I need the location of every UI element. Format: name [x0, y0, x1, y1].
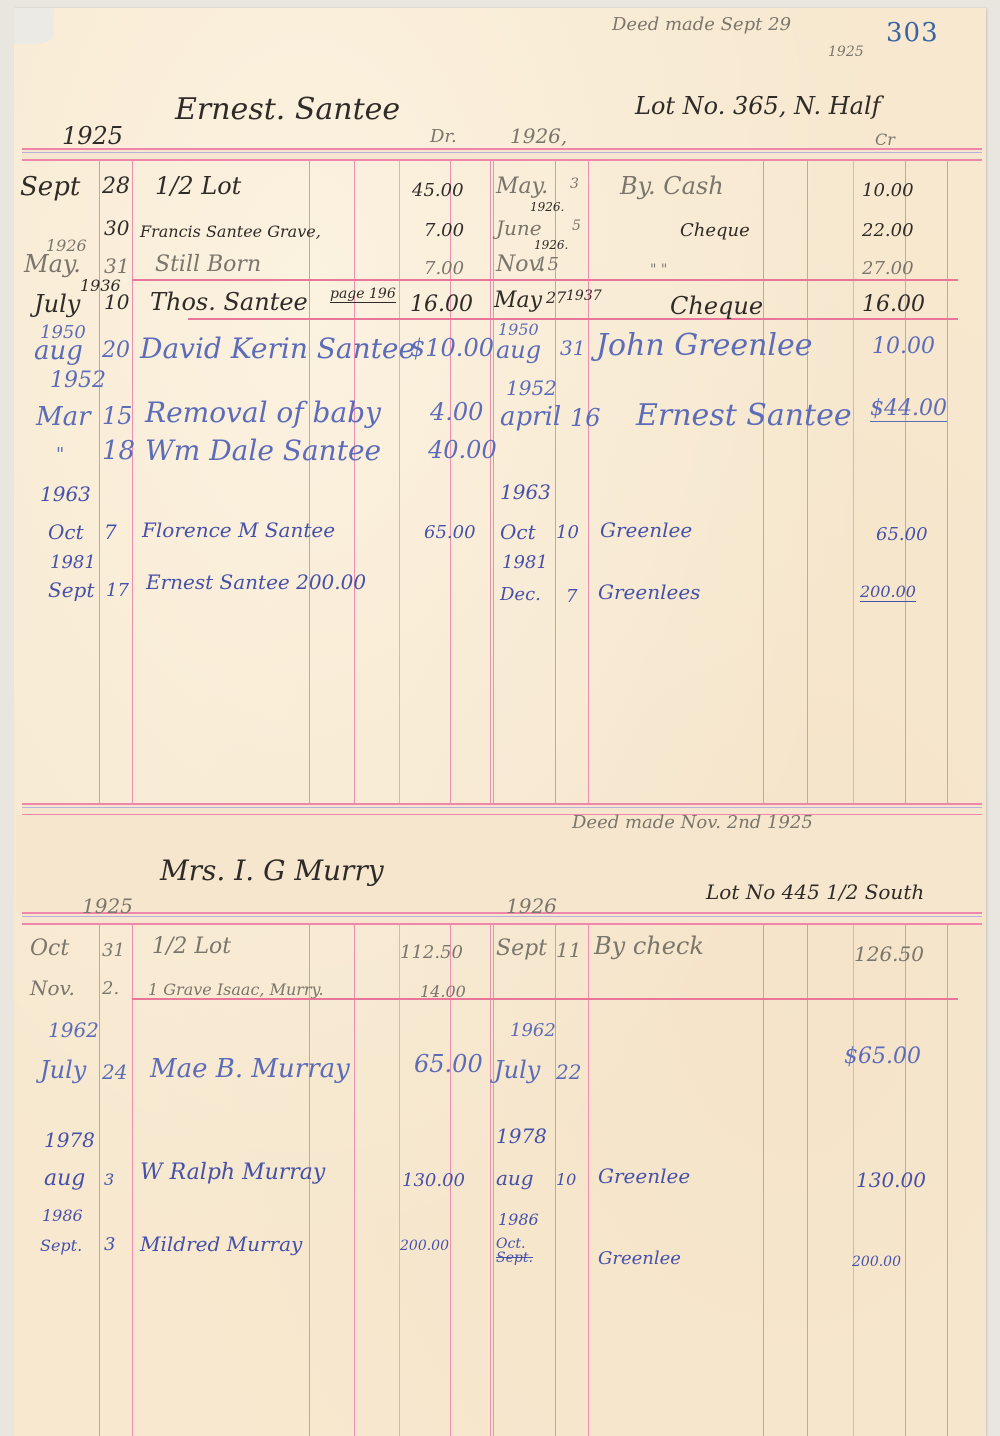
- credit-amount: 200.00: [860, 582, 916, 602]
- debit-label: Dr.: [430, 126, 457, 147]
- debit-day: 20: [102, 338, 130, 363]
- debit-year: 1962: [48, 1018, 99, 1042]
- debit-description: 1/2 Lot: [152, 934, 231, 959]
- credit-day: 10: [556, 522, 579, 543]
- debit-year: 1981: [50, 552, 96, 573]
- debit-month: July: [34, 290, 80, 318]
- debit-amount: 65.00: [424, 522, 476, 543]
- debit-month: Sept.: [40, 1236, 82, 1255]
- credit-description: By. Cash: [620, 172, 724, 200]
- account2-header-rule: [22, 912, 982, 925]
- debit-month: Sept: [20, 172, 80, 202]
- credit-day: 22: [556, 1060, 581, 1084]
- credit-month: april: [500, 402, 561, 432]
- credit-amount: 16.00: [862, 292, 925, 317]
- account1-lot: Lot No. 365, N. Half: [635, 92, 881, 120]
- credit-month: aug: [496, 1166, 534, 1190]
- credit-amount: 126.50: [854, 942, 924, 966]
- debit-amount: 130.00: [402, 1170, 465, 1191]
- account2-debit-year: 1925: [82, 894, 133, 918]
- credit-description-ditto: " ": [650, 262, 667, 278]
- account2-credit-year: 1926: [506, 894, 557, 918]
- debit-month: Sept: [48, 578, 94, 602]
- debit-description: Wm Dale Santee: [145, 434, 381, 467]
- credit-amount: 10.00: [872, 334, 935, 359]
- debit-day: 3: [104, 1234, 115, 1255]
- credit-amount: 27.00: [862, 258, 914, 279]
- credit-year: 1962: [510, 1020, 556, 1041]
- page-reference: page 196: [330, 286, 396, 303]
- total-line: [188, 318, 958, 320]
- debit-description: Still Born: [155, 252, 261, 277]
- credit-month: Sept: [496, 936, 547, 961]
- credit-amount: $44.00: [870, 396, 947, 422]
- account1-debit-year: 1925: [62, 122, 123, 150]
- debit-day: 24: [102, 1060, 127, 1084]
- account1-credit-year: 1926,: [510, 124, 567, 148]
- credit-day: 15: [536, 254, 559, 275]
- credit-year: 1986: [498, 1210, 539, 1229]
- debit-amount: 45.00: [412, 180, 464, 201]
- subtotal-line: [132, 279, 958, 281]
- debit-month-ditto: ": [56, 444, 64, 465]
- credit-year: 1926.: [530, 200, 564, 214]
- credit-amount: 130.00: [856, 1168, 926, 1192]
- debit-amount: 65.00: [414, 1050, 483, 1078]
- debit-amount: 4.00: [430, 398, 483, 426]
- debit-month: Nov.: [30, 976, 75, 1000]
- credit-year: 1978: [496, 1124, 547, 1148]
- account1-name: Ernest. Santee: [175, 92, 400, 127]
- credit-amount: 22.00: [862, 220, 914, 241]
- credit-year: 1981: [502, 552, 548, 573]
- credit-description: Cheque: [670, 292, 763, 320]
- debit-month: Oct: [30, 936, 69, 961]
- debit-amount: 200.00: [400, 1238, 449, 1254]
- page-number: 303: [886, 18, 939, 48]
- credit-day: 16: [570, 404, 601, 432]
- account2-deed-note: Deed made Nov. 2nd 1925: [572, 812, 813, 833]
- debit-amount: 14.00: [420, 982, 466, 1001]
- credit-month: June: [496, 216, 542, 240]
- credit-amount: 10.00: [862, 180, 914, 201]
- debit-amount: 7.00: [424, 220, 464, 241]
- credit-month: May: [494, 288, 542, 313]
- debit-day: 3: [104, 1170, 114, 1189]
- debit-description: 1 Grave Isaac, Murry.: [148, 980, 324, 999]
- credit-description: Greenlee: [600, 518, 692, 542]
- credit-year: 1937: [566, 288, 602, 304]
- debit-day: 31: [102, 940, 125, 961]
- header-area: [20, 8, 980, 152]
- debit-amount: 16.00: [410, 292, 473, 317]
- debit-month: Oct: [48, 520, 84, 544]
- account2-name: Mrs. I. G Murry: [160, 854, 384, 887]
- debit-description: Florence M Santee: [142, 518, 335, 542]
- debit-day: 7: [104, 520, 117, 544]
- credit-description: Greenlee: [598, 1248, 681, 1269]
- debit-day: 10: [104, 290, 129, 314]
- debit-day: 15: [102, 402, 133, 430]
- debit-amount: 40.00: [428, 436, 497, 464]
- debit-description: Mildred Murray: [140, 1232, 302, 1256]
- credit-month: July: [494, 1056, 540, 1084]
- credit-description: Ernest Santee: [636, 398, 852, 433]
- debit-description: Mae B. Murray: [150, 1054, 350, 1084]
- credit-month: Dec.: [500, 584, 541, 605]
- credit-day: 31: [560, 336, 585, 360]
- debit-month: May.: [24, 250, 81, 278]
- credit-amount: $65.00: [844, 1044, 921, 1069]
- debit-year: 1978: [44, 1128, 95, 1152]
- credit-year: 1963: [500, 480, 551, 504]
- credit-month: Oct: [500, 520, 536, 544]
- debit-description: David Kerin Santee: [140, 332, 415, 365]
- debit-year: 1963: [40, 482, 91, 506]
- credit-year: 1926.: [534, 238, 568, 252]
- debit-year: 1986: [42, 1206, 83, 1225]
- debit-amount: 112.50: [400, 942, 463, 963]
- credit-description: John Greenlee: [596, 328, 813, 363]
- credit-day: 27: [546, 288, 566, 307]
- credit-description: By check: [594, 932, 704, 960]
- debit-amount: $10.00: [410, 334, 494, 362]
- credit-month: May.: [496, 174, 548, 199]
- debit-day: 17: [106, 580, 129, 601]
- account1-header-rule: [22, 148, 982, 161]
- debit-month: aug: [44, 1166, 85, 1191]
- debit-day: 18: [102, 436, 135, 466]
- debit-year: 1952: [50, 368, 106, 393]
- debit-month: Mar: [36, 402, 91, 432]
- credit-amount: 200.00: [852, 1254, 901, 1270]
- debit-month: aug: [34, 336, 83, 366]
- debit-day: 2.: [102, 978, 119, 999]
- debit-amount: 7.00: [424, 258, 464, 279]
- debit-day: 28: [102, 174, 130, 199]
- credit-month-struck: Sept.: [496, 1250, 533, 1266]
- debit-month: July: [40, 1056, 86, 1084]
- account2-lot: Lot No 445 1/2 South: [706, 880, 924, 904]
- credit-day: 10: [556, 1170, 576, 1189]
- credit-day: 3: [570, 176, 579, 192]
- credit-description: Greenlee: [598, 1164, 690, 1188]
- credit-day: 11: [556, 938, 581, 962]
- debit-day: 30: [104, 216, 129, 240]
- credit-day: 7: [566, 586, 577, 607]
- debit-description: Thos. Santee: [150, 288, 308, 316]
- debit-day: 31: [104, 254, 129, 278]
- credit-year: 1952: [506, 376, 557, 400]
- debit-description: 1/2 Lot: [155, 172, 241, 200]
- credit-amount: 65.00: [876, 524, 928, 545]
- deed-note: Deed made Sept 29: [612, 14, 791, 35]
- deed-note-year: 1925: [828, 44, 864, 60]
- credit-description: Greenlees: [598, 580, 700, 604]
- credit-description: Cheque: [680, 220, 750, 241]
- debit-description: W Ralph Murray: [140, 1160, 325, 1185]
- credit-month: aug: [496, 336, 541, 364]
- debit-description: Ernest Santee 200.00: [146, 570, 366, 594]
- credit-day: 5: [572, 218, 581, 234]
- credit-label: Cr: [875, 130, 895, 149]
- debit-description: Removal of baby: [145, 396, 381, 429]
- debit-description: Francis Santee Grave,: [140, 222, 321, 241]
